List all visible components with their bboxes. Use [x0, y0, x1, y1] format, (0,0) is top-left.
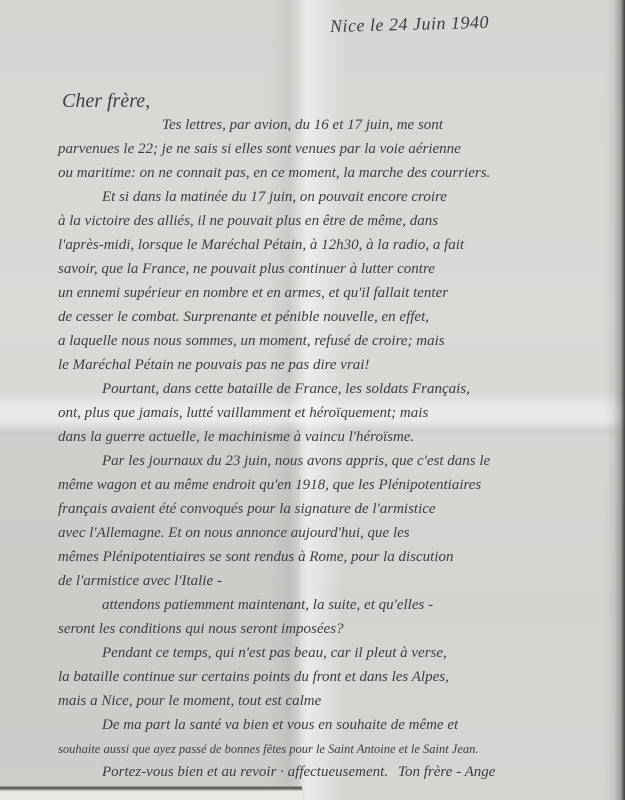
letter-line: mais a Nice, pour le moment, tout est ca… — [50, 689, 620, 713]
letter-line: même wagon et au même endroit qu'en 1918… — [50, 473, 620, 497]
letter-line: de l'armistice avec l'Italie - — [50, 569, 620, 593]
letter-scan: Nice le 24 Juin 1940 Cher frère, Tes let… — [0, 0, 625, 800]
letter-dateline: Nice le 24 Juin 1940 — [330, 12, 489, 37]
letter-line: savoir, que la France, ne pouvait plus c… — [50, 257, 620, 281]
letter-line: avec l'Allemagne. Et on nous annonce auj… — [50, 521, 620, 545]
letter-line: Par les journaux du 23 juin, nous avons … — [50, 449, 620, 473]
letter-line: De ma part la santé va bien et vous en s… — [50, 713, 620, 737]
letter-line: parvenues le 22; je ne sais si elles son… — [50, 137, 620, 161]
letter-line: dans la guerre actuelle, le machinisme à… — [50, 425, 620, 449]
letter-line: a laquelle nous nous sommes, un moment, … — [50, 329, 620, 353]
letter-line: un ennemi supérieur en nombre et en arme… — [50, 281, 620, 305]
letter-line: attendons patiemment maintenant, la suit… — [50, 593, 620, 617]
letter-line: Pourtant, dans cette bataille de France,… — [50, 377, 620, 401]
letter-body: Tes lettres, par avion, du 16 et 17 juin… — [50, 113, 620, 761]
letter-line: Pendant ce temps, qui n'est pas beau, ca… — [50, 641, 620, 665]
closing-text: Portez-vous bien et au revoir · affectue… — [102, 764, 388, 780]
letter-line: Tes lettres, par avion, du 16 et 17 juin… — [50, 113, 620, 137]
letter-line: souhaite aussi que ayez passé de bonnes … — [50, 737, 620, 761]
letter-line: ont, plus que jamais, lutté vaillamment … — [50, 401, 620, 425]
letter-salutation: Cher frère, — [62, 90, 150, 113]
letter-line: français avaient été convoqués pour la s… — [50, 497, 620, 521]
letter-line: à la victoire des alliés, il ne pouvait … — [50, 209, 620, 233]
paper-bottom-edge — [0, 783, 302, 800]
letter-line: seront les conditions qui nous seront im… — [50, 617, 620, 641]
letter-line: l'après-midi, lorsque le Maréchal Pétain… — [50, 233, 620, 257]
letter-line: la bataille continue sur certains points… — [50, 665, 620, 689]
letter-line: mêmes Plénipotentiaires se sont rendus à… — [50, 545, 620, 569]
letter-closing: Portez-vous bien et au revoir · affectue… — [102, 760, 495, 784]
letter-line: de cesser le combat. Surprenante et péni… — [50, 305, 620, 329]
signature: Ton frère - Ange — [388, 764, 495, 780]
letter-line: ou maritime: on ne connait pas, en ce mo… — [50, 161, 620, 185]
letter-line: le Maréchal Pétain ne pouvais pas ne pas… — [50, 353, 620, 377]
letter-line: Et si dans la matinée du 17 juin, on pou… — [50, 185, 620, 209]
